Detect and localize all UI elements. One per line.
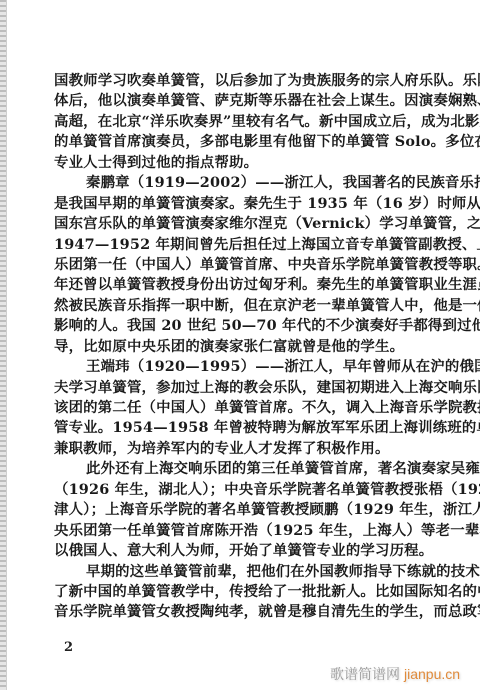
body-text: 国教师学习吹奏单簧管，以后参加了为贵族服务的宗人府乐队。乐队解体后，他以演奏单簧… — [54, 71, 446, 623]
text-line: 兼职教师，为培养军内的专业人才发挥了积极作用。 — [54, 439, 446, 459]
text-line: （1926 年生，湖北人）；中央音乐学院著名单簧管教授张梧（1927 年生，天 — [54, 480, 446, 500]
text-line: 王端玮（1920—1995）——浙江人，早年曾师从在沪的俄国人沙哈罗 — [54, 357, 446, 377]
text-line: 国东宫乐队的单簧管演奏家维尔涅克（Vernick）学习单簧管，之后在 — [54, 214, 446, 234]
text-line: 津人）；上海音乐学院的著名单簧管教授顾鹏（1929 年生，浙江人）；原中 — [54, 500, 446, 520]
text-line: 的单簧管首席演奏员，多部电影里有他留下的单簧管 Solo。多位在京的 — [54, 132, 446, 152]
text-line: 早期的这些单簧管前辈，把他们在外国教师指导下练就的技术带进 — [54, 562, 446, 582]
text-line: 了新中国的单簧管教学中，传授给了一批批新人。比如国际知名的中央 — [54, 582, 446, 602]
watermark: 歌谱简谱网jianpu.cn — [330, 664, 460, 684]
text-line: 乐团第一任（中国人）单簧管首席、中央音乐学院单簧管教授等职。1951 — [54, 255, 446, 275]
text-line: 音乐学院单簧管女教授陶纯孝，就曾是穆自清先生的学生，而总政军乐 — [54, 602, 446, 622]
text-line: 秦鹏章（1919—2002）——浙江人，我国著名的民族音乐指挥家，也 — [54, 173, 446, 193]
text-line: 管专业。1954—1958 年曾被特聘为解放军军乐团上海训练班的单簧管 — [54, 418, 446, 438]
watermark-site-name: 歌谱简谱网 — [330, 667, 400, 683]
page-number: 2 — [64, 640, 73, 655]
text-line: 是我国早期的单簧管演奏家。秦先生于 1935 年（16 岁）时师从在华的俄 — [54, 194, 446, 214]
text-line: 年还曾以单簧管教授身份出访过匈牙利。秦先生的单簧管职业生涯虽 — [54, 275, 446, 295]
document-page: 国教师学习吹奏单簧管，以后参加了为贵族服务的宗人府乐队。乐队解体后，他以演奏单簧… — [0, 0, 480, 690]
watermark-domain: jianpu.cn — [404, 666, 460, 682]
text-line: 以俄国人、意大利人为师，开始了单簧管专业的学习历程。 — [54, 541, 446, 561]
text-line: 专业人士得到过他的指点帮助。 — [54, 153, 446, 173]
text-line: 影响的人。我国 20 世纪 50—70 年代的不少演奏好手都得到过他的指 — [54, 316, 446, 336]
text-line: 夫学习单簧管，参加过上海的教会乐队，建国初期进入上海交响乐团，是 — [54, 378, 446, 398]
text-line: 此外还有上海交响乐团的第三任单簧管首席，著名演奏家吴雍禄 — [54, 459, 446, 479]
text-line: 央乐团第一任单簧管首席陈开浩（1925 年生，上海人）等老一辈名家都曾 — [54, 521, 446, 541]
text-line: 1947—1952 年期间曾先后担任过上海国立音专单簧管副教授、上海交响 — [54, 235, 446, 255]
text-line: 体后，他以演奏单簧管、萨克斯等乐器在社会上谋生。因演奏娴熟、技术 — [54, 91, 446, 111]
text-line: 国教师学习吹奏单簧管，以后参加了为贵族服务的宗人府乐队。乐队解 — [54, 71, 446, 91]
text-line: 高超，在北京“洋乐吹奏界”里较有名气。新中国成立后，成为北影乐团 — [54, 112, 446, 132]
text-line: 然被民族音乐指挥一职中断，但在京沪老一辈单簧管人中，他是一位有 — [54, 296, 446, 316]
text-line: 该团的第二任（中国人）单簧管首席。不久，调入上海音乐学院教授单簧 — [54, 398, 446, 418]
text-line: 导，比如原中央乐团的演奏家张仁富就曾是他的学生。 — [54, 337, 446, 357]
